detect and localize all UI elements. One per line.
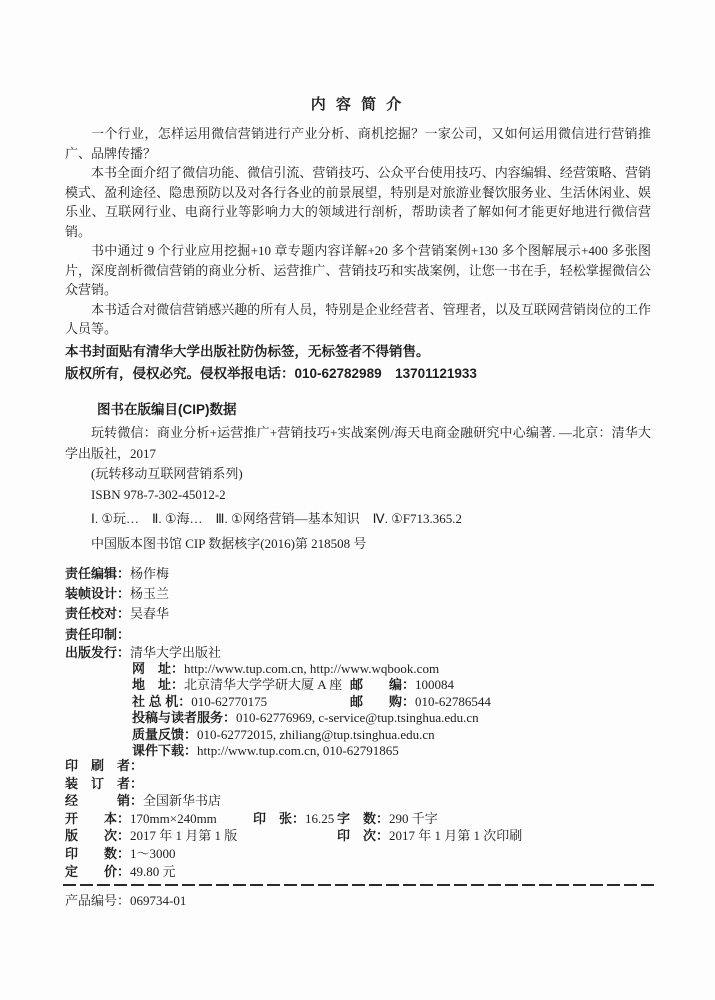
address-row: 地 址：北京清华大学学研大厦 A 座 邮 编：100084 bbox=[132, 677, 665, 693]
switchboard-value: 010-62770175 bbox=[191, 694, 267, 709]
credit-label: 责任印制： bbox=[65, 627, 130, 642]
printer-row: 印 刷 者： bbox=[65, 757, 665, 775]
mail-order-cell: 邮 购：010-62786544 bbox=[350, 694, 491, 710]
printing-cell: 印 次：2017 年 1 月第 1 次印刷 bbox=[337, 827, 522, 845]
edition-label: 版 次： bbox=[65, 828, 130, 843]
switchboard-row: 社 总 机：010-62770175 邮 购：010-62786544 bbox=[132, 694, 665, 710]
postcode-label: 邮 编： bbox=[350, 677, 415, 692]
reader-service-value: 010-62776969, c-service@tup.tsinghua.edu… bbox=[236, 710, 479, 725]
quality-feedback-value: 010-62772015, zhiliang@tup.tsinghua.edu.… bbox=[197, 727, 435, 742]
intro-paragraph: 一个行业，怎样运用微信营销进行产业分析、商机挖掘？一家公司，又如何运用微信进行营… bbox=[65, 124, 651, 163]
credit-row: 装帧设计：杨玉兰 bbox=[65, 584, 465, 604]
mail-order-value: 010-62786544 bbox=[415, 694, 491, 709]
publisher-row: 出版发行：清华大学出版社 bbox=[65, 644, 665, 661]
website-label: 网 址： bbox=[132, 661, 184, 676]
copyright-notice: 版权所有，侵权必究。侵权举报电话：010-62782989 1370112193… bbox=[65, 363, 665, 385]
website-row: 网 址：http://www.tup.com.cn, http://www.wq… bbox=[132, 661, 665, 677]
postcode-cell: 邮 编：100084 bbox=[350, 677, 454, 693]
credit-label: 装帧设计： bbox=[65, 586, 130, 601]
anti-piracy-notice: 本书封面贴有清华大学出版社防伪标签，无标签者不得销售。 bbox=[65, 341, 665, 363]
credit-row: 责任校对：吴春华 bbox=[65, 604, 465, 624]
distributor-row: 经 销：全国新华书店 bbox=[65, 792, 665, 810]
credit-row: 责任印制： bbox=[65, 625, 465, 645]
printing-label: 印 次： bbox=[337, 828, 389, 843]
printing-value: 2017 年 1 月第 1 次印刷 bbox=[389, 828, 522, 843]
legal-notices: 本书封面贴有清华大学出版社防伪标签，无标签者不得销售。 版权所有，侵权必究。侵权… bbox=[65, 341, 665, 385]
product-number-value: 069734-01 bbox=[130, 893, 186, 908]
website-value: http://www.tup.com.cn, http://www.wqbook… bbox=[184, 661, 439, 676]
book-copyright-page: 内 容 简 介 一个行业，怎样运用微信营销进行产业分析、商机挖掘？一家公司，又如… bbox=[0, 0, 715, 1000]
binder-label: 装 订 者： bbox=[65, 776, 143, 791]
publisher-label: 出版发行： bbox=[65, 645, 130, 660]
quality-feedback-row: 质量反馈：010-62772015, zhiliang@tup.tsinghua… bbox=[132, 727, 665, 743]
address-value: 北京清华大学学研大厦 A 座 bbox=[184, 677, 342, 692]
print-run-row: 印 数：1～3000 bbox=[65, 845, 665, 863]
production-block: 印 刷 者： 装 订 者： 经 销：全国新华书店 开 本：170mm×240mm… bbox=[65, 757, 665, 880]
sheets-cell: 印 张：16.25 bbox=[253, 810, 334, 828]
cip-entry: 玩转微信：商业分析+运营推广+营销技巧+实战案例/海天电商金融研究中心编著. —… bbox=[65, 423, 651, 464]
courseware-download-value: http://www.tup.com.cn, 010-62791865 bbox=[197, 743, 399, 758]
quality-feedback-label: 质量反馈： bbox=[132, 727, 197, 742]
courseware-download-label: 课件下载： bbox=[132, 743, 197, 758]
credit-row: 责任编辑：杨作梅 bbox=[65, 564, 465, 584]
content-summary: 一个行业，怎样运用微信营销进行产业分析、商机挖掘？一家公司，又如何运用微信进行营… bbox=[65, 124, 651, 339]
publisher-details: 网 址：http://www.tup.com.cn, http://www.wq… bbox=[132, 661, 665, 759]
edition-row: 版 次：2017 年 1 月第 1 版 印 次：2017 年 1 月第 1 次印… bbox=[65, 827, 665, 845]
price-row: 定 价：49.80 元 bbox=[65, 863, 665, 881]
format-value: 170mm×240mm bbox=[130, 811, 217, 826]
word-count-value: 290 千字 bbox=[389, 811, 438, 826]
printer-label: 印 刷 者： bbox=[65, 758, 143, 773]
print-run-value: 1～3000 bbox=[130, 846, 176, 861]
credit-value: 杨作梅 bbox=[130, 566, 169, 581]
intro-paragraph: 本书全面介绍了微信功能、微信引流、营销技巧、公众平台使用技巧、内容编辑、经营策略… bbox=[65, 163, 651, 241]
cip-classification: Ⅰ. ①玩… Ⅱ. ①海… Ⅲ. ①网络营销—基本知识 Ⅳ. ①F713.365… bbox=[65, 509, 651, 530]
intro-paragraph: 本书适合对微信营销感兴趣的所有人员，特别是企业经营者、管理者，以及互联网营销岗位… bbox=[65, 300, 651, 339]
sheets-label: 印 张： bbox=[253, 811, 305, 826]
distributor-value: 全国新华书店 bbox=[143, 793, 221, 808]
mail-order-label: 邮 购： bbox=[350, 694, 415, 709]
cip-record-number: 中国版本图书馆 CIP 数据核字(2016)第 218508 号 bbox=[65, 534, 651, 555]
reader-service-row: 投稿与读者服务：010-62776969, c-service@tup.tsin… bbox=[132, 710, 665, 726]
print-run-label: 印 数： bbox=[65, 846, 130, 861]
cip-heading: 图书在版编目(CIP)数据 bbox=[97, 398, 237, 418]
isbn: ISBN 978-7-302-45012-2 bbox=[65, 485, 651, 506]
product-number-row: 产品编号：069734-01 bbox=[65, 892, 186, 910]
credit-label: 责任编辑： bbox=[65, 566, 130, 581]
word-count-label: 字 数： bbox=[337, 811, 389, 826]
staff-credits: 责任编辑：杨作梅 装帧设计：杨玉兰 责任校对：吴春华 责任印制： bbox=[65, 564, 465, 645]
price-label: 定 价： bbox=[65, 864, 130, 879]
address-label: 地 址： bbox=[132, 677, 184, 692]
divider-dashed-line bbox=[63, 884, 655, 886]
price-value: 49.80 元 bbox=[130, 864, 176, 879]
intro-paragraph: 书中通过 9 个行业应用挖掘+10 章专题内容详解+20 多个营销案例+130 … bbox=[65, 241, 651, 300]
edition-value: 2017 年 1 月第 1 版 bbox=[130, 828, 237, 843]
format-label: 开 本： bbox=[65, 811, 130, 826]
binder-row: 装 订 者： bbox=[65, 775, 665, 793]
distributor-label: 经 销： bbox=[65, 793, 143, 808]
format-row: 开 本：170mm×240mm 印 张：16.25 字 数：290 千字 bbox=[65, 810, 665, 828]
publisher-block: 出版发行：清华大学出版社 网 址：http://www.tup.com.cn, … bbox=[65, 644, 665, 759]
cip-data-block: 玩转微信：商业分析+运营推广+营销技巧+实战案例/海天电商金融研究中心编著. —… bbox=[65, 423, 651, 554]
credit-value: 杨玉兰 bbox=[130, 586, 169, 601]
page-title: 内 容 简 介 bbox=[0, 93, 715, 114]
credit-label: 责任校对： bbox=[65, 606, 130, 621]
switchboard-label: 社 总 机： bbox=[132, 694, 191, 709]
postcode-value: 100084 bbox=[415, 677, 454, 692]
credit-value: 吴春华 bbox=[130, 606, 169, 621]
product-number-label: 产品编号： bbox=[65, 893, 130, 908]
publisher-name: 清华大学出版社 bbox=[130, 645, 221, 660]
word-count-cell: 字 数：290 千字 bbox=[337, 810, 438, 828]
cip-series: (玩转移动互联网营销系列) bbox=[65, 464, 651, 485]
reader-service-label: 投稿与读者服务： bbox=[132, 710, 236, 725]
sheets-value: 16.25 bbox=[305, 811, 334, 826]
